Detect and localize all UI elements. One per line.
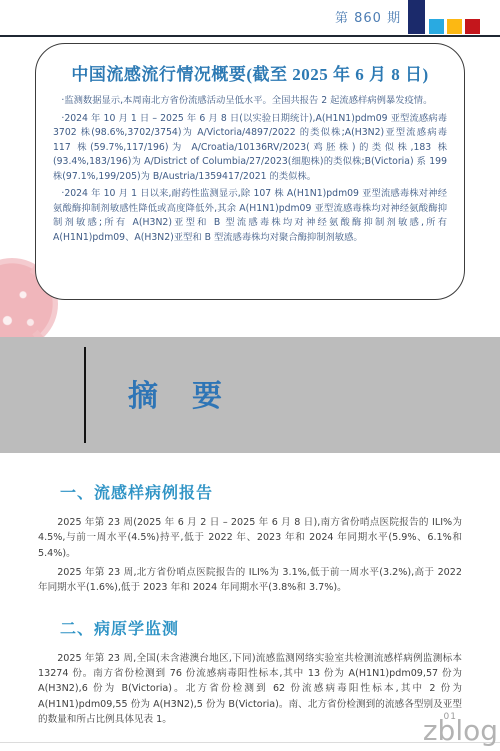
- section-1-paragraph: 2025 年第 23 周,北方省份哨点医院报告的 ILI%为 3.1%,低于前一…: [38, 565, 462, 596]
- section-1-paragraph: 2025 年第 23 周(2025 年 6 月 2 日 – 2025 年 6 月…: [38, 515, 462, 561]
- abstract-band-title: 摘 要: [128, 371, 224, 415]
- summary-box: 中国流感流行情况概要(截至 2025 年 6 月 8 日) ·监测数据显示,本周…: [35, 43, 465, 300]
- abstract-band: 摘 要: [0, 337, 500, 453]
- logo-block-cyan-icon: [429, 19, 444, 34]
- abstract-band-rule: [84, 347, 86, 443]
- summary-paragraph: ·2024 年 10 月 1 日以来,耐药性监测显示,除 107 株 A(H1N…: [53, 187, 447, 245]
- watermark: zblog: [423, 714, 498, 747]
- main-content: 一、流感样病例报告 2025 年第 23 周(2025 年 6 月 2 日 – …: [38, 480, 462, 731]
- logo-block-yellow-icon: [447, 19, 462, 34]
- section-1-heading: 一、流感样病例报告: [60, 480, 462, 503]
- report-page: 第 860 期 中国流感流行情况概要(截至 2025 年 6 月 8 日) ·监…: [0, 0, 500, 751]
- summary-box-body: ·监测数据显示,本周南北方省份流感活动呈低水平。全国共报告 2 起流感样病例暴发…: [36, 94, 464, 245]
- section-2-paragraph: 2025 年第 23 周,全国(未含港澳台地区,下同)流感监测网络实验室共检测流…: [38, 651, 462, 728]
- section-2-heading: 二、病原学监测: [60, 616, 462, 639]
- issue-number-label: 第 860 期: [335, 7, 401, 26]
- logo-block-navy-icon: [408, 0, 425, 34]
- header-divider: [0, 35, 500, 37]
- summary-paragraph: ·监测数据显示,本周南北方省份流感活动呈低水平。全国共报告 2 起流感样病例暴发…: [53, 94, 447, 109]
- logo-block-red-icon: [465, 19, 480, 34]
- summary-box-title: 中国流感流行情况概要(截至 2025 年 6 月 8 日): [46, 60, 454, 85]
- summary-paragraph: ·2024 年 10 月 1 日 – 2025 年 6 月 8 日(以实验日期统…: [53, 112, 447, 185]
